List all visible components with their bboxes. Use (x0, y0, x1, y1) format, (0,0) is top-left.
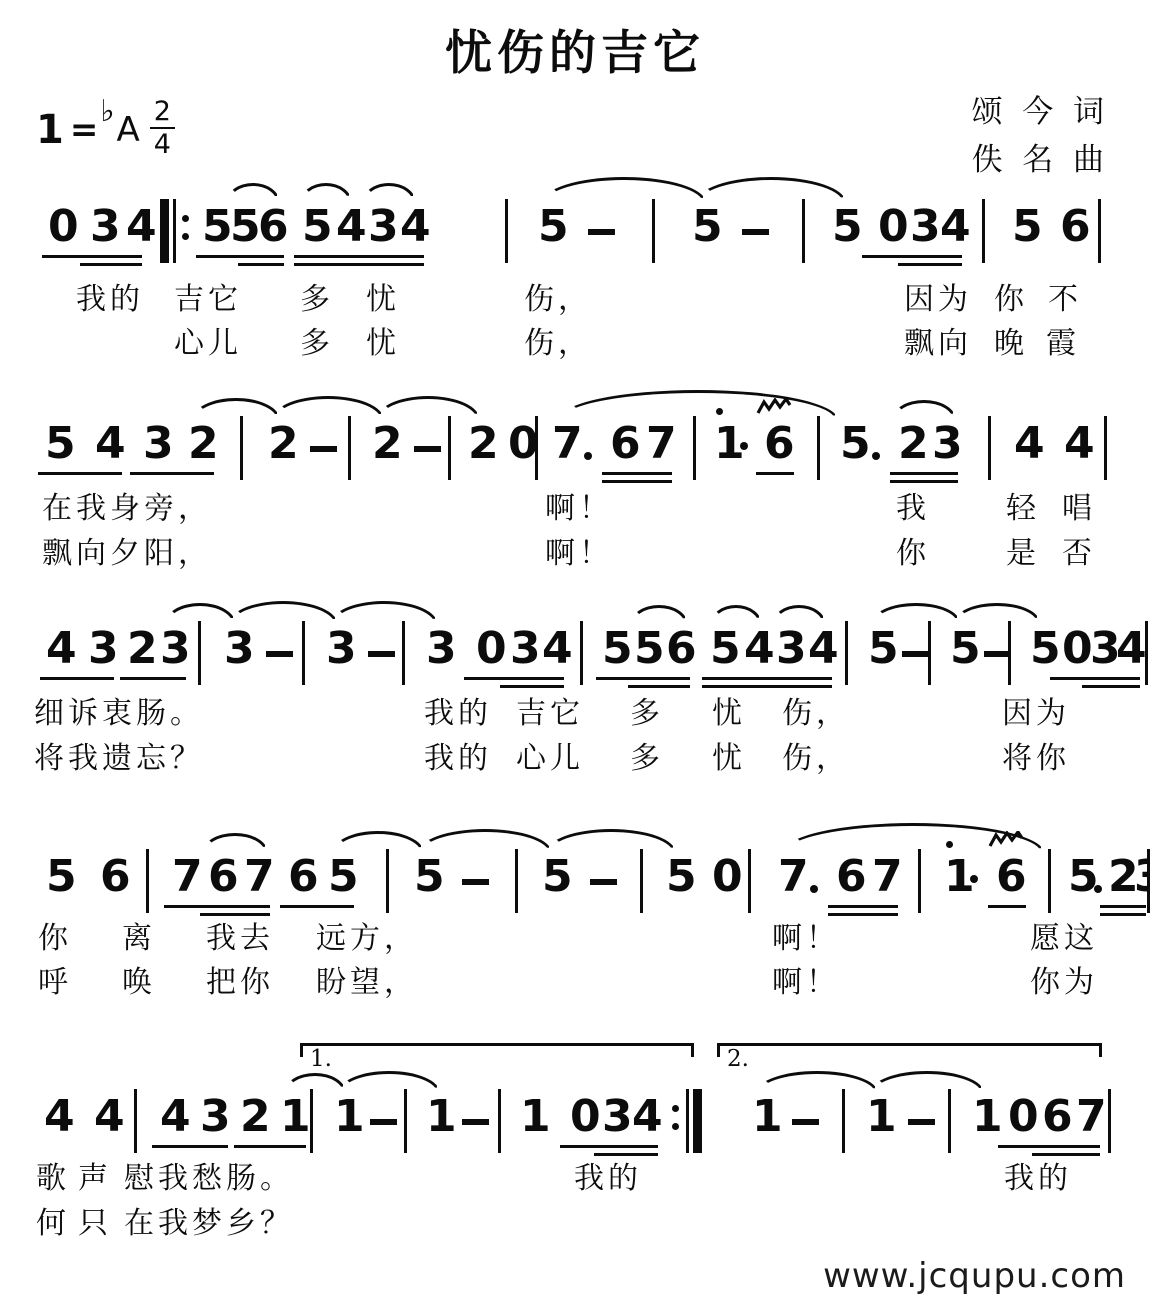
barline (842, 1089, 845, 1153)
note-digit: 3 (88, 627, 118, 671)
augmentation-dot (1094, 885, 1102, 893)
beam-underline (200, 913, 270, 916)
lyric-verse1: 我 (896, 492, 930, 525)
repeat-dot (672, 1105, 679, 1112)
lyric-verse1: 因为 (1002, 697, 1070, 730)
duration-dash (266, 651, 293, 657)
beam-underline (500, 685, 564, 688)
note-digit: 7 (172, 855, 202, 899)
note-digit: 7 (552, 422, 582, 466)
lyric-verse2: 只 (78, 1207, 112, 1240)
lyric-verse2: 忧 (712, 742, 746, 775)
barline (302, 621, 305, 685)
note-digit: 3 (426, 627, 456, 671)
note-digit: 5 (602, 627, 632, 671)
song-title: 忧伤的吉它 (0, 16, 1150, 83)
note-digit: 6 (258, 205, 288, 249)
lyric-verse2: 是 (1006, 537, 1040, 570)
music-system-3: 43233330345565434555034细诉衷肠。我的吉它多忧伤，因为将我… (0, 605, 1150, 825)
note-digit: 1 (866, 1095, 896, 1139)
lyric-verse2: 否 (1062, 537, 1096, 570)
note-digit: 5 (868, 627, 898, 671)
lyric-verse1: 愿这 (1030, 922, 1098, 955)
note-digit: 5 (666, 855, 696, 899)
repeat-dot (182, 215, 189, 222)
lyricist-credit: 颂 今 词 (972, 88, 1104, 136)
beam-underline (702, 685, 832, 688)
barline (580, 621, 583, 685)
repeat-end-barline (693, 1089, 702, 1153)
lyric-verse1: 忧 (712, 697, 746, 730)
slur-arc (782, 823, 1044, 853)
barline (1145, 621, 1148, 685)
note-digit: 3 (326, 627, 356, 671)
time-signature-denominator: 4 (150, 129, 175, 158)
lyric-verse1: 吉它 (174, 283, 242, 316)
lyric-verse1: 我的 (1004, 1162, 1072, 1195)
slur-arc (284, 1073, 346, 1093)
beam-underline (1100, 913, 1146, 916)
note-digit: 2 (188, 422, 218, 466)
lyric-verse1: 唱 (1062, 492, 1096, 525)
slur-arc (870, 1071, 984, 1093)
slur-arc (418, 829, 552, 853)
barline (310, 1089, 313, 1153)
beam-underline (80, 263, 142, 266)
duration-dash (588, 229, 615, 235)
note-digit: 3 (368, 205, 398, 249)
beam-underline (828, 913, 898, 916)
barline (198, 621, 201, 685)
composer-credit: 佚 名 曲 (972, 136, 1104, 184)
slur-arc (892, 400, 956, 420)
note-digit: 3 (602, 1095, 632, 1139)
augmentation-dot (584, 452, 592, 460)
duration-dash (370, 1119, 397, 1125)
note-digit: 4 (94, 1095, 124, 1139)
barline (134, 1089, 137, 1153)
slur-arc (546, 829, 676, 853)
barline (515, 849, 518, 913)
lyric-verse2: 把你 (206, 966, 274, 999)
music-system-1: 034556543455503456我的吉它多忧伤，因为你不心儿多忧伤，飘向晚霞 (0, 183, 1150, 403)
key-signature: 1=♭A24 (36, 100, 175, 170)
barline (817, 416, 820, 480)
repeat-start-barline (160, 199, 169, 263)
note-digit: 4 (336, 205, 366, 249)
barline (918, 849, 921, 913)
note-digit: 5 (634, 627, 664, 671)
note-digit: 5 (230, 205, 260, 249)
key-tonic: 1 (36, 107, 64, 153)
lyric-verse1: 离 (122, 922, 156, 955)
slur-arc (330, 601, 438, 625)
beam-underline (1082, 685, 1140, 688)
note-digit: 2 (240, 1095, 270, 1139)
note-digit: 1 (972, 1095, 1002, 1139)
slur-arc (228, 601, 338, 625)
lyric-verse1: 远方， (316, 922, 418, 955)
lyric-verse1: 轻 (1006, 492, 1040, 525)
beam-underline (602, 472, 672, 475)
slur-arc (710, 605, 762, 625)
slur-arc (272, 396, 384, 420)
volta-bracket-1: 1. (300, 1043, 694, 1057)
lyric-verse1: 慰我愁肠。 (124, 1162, 294, 1195)
note-digit: 1 (280, 1095, 310, 1139)
note-digit: 2 (268, 422, 298, 466)
beam-underline (628, 685, 690, 688)
lyric-verse2: 心儿 (174, 327, 242, 360)
note-digit: 4 (940, 205, 970, 249)
slur-arc (696, 177, 846, 203)
lyric-verse2: 霞 (1046, 327, 1080, 360)
note-digit: 7 (244, 855, 274, 899)
repeat-dot (182, 233, 189, 240)
note-digit: 7 (1076, 1095, 1106, 1139)
note-digit: 4 (744, 627, 774, 671)
slur-arc (300, 183, 352, 203)
augmentation-dot (810, 885, 818, 893)
beam-underline (596, 677, 690, 680)
slur-arc (954, 603, 1040, 623)
note-digit: 4 (400, 205, 430, 249)
lyric-verse1: 我的 (76, 283, 144, 316)
lyric-verse1: 我的 (574, 1162, 642, 1195)
lyric-verse2: 飘向夕阳， (42, 537, 212, 570)
beam-underline (294, 255, 424, 258)
beam-underline (988, 905, 1026, 908)
rest-note: 0 (476, 627, 506, 671)
note-digit: 3 (224, 627, 254, 671)
lyric-verse1: 歌 (36, 1162, 70, 1195)
lyric-verse2: 何 (36, 1207, 70, 1240)
repeat-dot (672, 1123, 679, 1130)
note-digit: 5 (542, 855, 572, 899)
note-digit: 5 (692, 205, 722, 249)
beam-underline (152, 1145, 228, 1148)
augmentation-dot (740, 442, 748, 450)
lyric-verse2: 伤， (782, 742, 850, 775)
barline (748, 849, 751, 913)
credits: 颂 今 词 佚 名 曲 (972, 88, 1104, 184)
beam-underline (464, 677, 564, 680)
lyric-verse2: 晚 (994, 327, 1028, 360)
duration-dash (310, 446, 337, 452)
lyric-verse2: 飘向 (904, 327, 972, 360)
slur-arc (542, 177, 706, 203)
lyric-verse1: 多 (300, 283, 334, 316)
note-digit: 5 (840, 422, 870, 466)
volta-label: 2. (727, 1046, 749, 1072)
note-digit: 3 (160, 627, 190, 671)
beam-underline (234, 1145, 306, 1148)
volta-bracket-2: 2. (717, 1043, 1102, 1057)
duration-dash (742, 229, 769, 235)
duration-dash (792, 1119, 819, 1125)
key-letter: A (117, 110, 140, 150)
lyric-verse2: 你为 (1030, 966, 1098, 999)
note-digit: 4 (95, 422, 125, 466)
note-digit: 4 (1064, 422, 1094, 466)
note-digit: 6 (610, 422, 640, 466)
sheet-music-page: 忧伤的吉它 1=♭A24 颂 今 词 佚 名 曲 034556543455503… (0, 0, 1150, 1312)
beam-underline (1050, 677, 1140, 680)
beam-underline (40, 677, 114, 680)
note-digit: 6 (208, 855, 238, 899)
beam-underline (998, 1145, 1100, 1148)
barline (535, 416, 538, 480)
lyric-verse1: 不 (1048, 283, 1082, 316)
beam-underline (594, 1153, 658, 1156)
lyric-verse2: 多 (630, 742, 664, 775)
note-digit: 5 (1030, 627, 1060, 671)
watermark-url: www.jcqupu.com (823, 1256, 1126, 1296)
lyric-verse1: 啊！ (772, 922, 840, 955)
barline (802, 199, 805, 263)
beam-underline (238, 263, 284, 266)
duration-dash (462, 879, 489, 885)
rest-note: 0 (712, 855, 742, 899)
lyric-verse1: 声 (78, 1162, 112, 1195)
note-digit: 6 (996, 855, 1026, 899)
key-equals: = (70, 110, 99, 150)
lyric-verse1: 伤， (782, 697, 850, 730)
note-digit: 3 (510, 627, 540, 671)
lyric-verse1: 在我身旁， (42, 492, 212, 525)
lyric-verse1: 细诉衷肠。 (34, 697, 204, 730)
lyric-verse1: 啊！ (545, 492, 613, 525)
beam-underline (280, 905, 354, 908)
lyric-verse1: 伤， (524, 283, 592, 316)
beam-underline (862, 255, 962, 258)
barline (386, 849, 389, 913)
repeat-end-barline (686, 1089, 689, 1153)
beam-underline (560, 1145, 658, 1148)
note-digit: 4 (1116, 627, 1146, 671)
rest-note: 0 (1008, 1095, 1038, 1139)
barline (505, 199, 508, 263)
note-digit: 6 (764, 422, 794, 466)
barline (404, 1089, 407, 1153)
lyric-verse1: 我的 (424, 697, 492, 730)
beam-underline (164, 905, 270, 908)
slur-arc (756, 1071, 878, 1093)
barline (988, 416, 991, 480)
rest-note: 0 (1062, 627, 1092, 671)
slur-arc (164, 603, 236, 625)
flat-sign-icon: ♭ (100, 94, 114, 129)
note-digit: 3 (910, 205, 940, 249)
note-digit: 4 (1014, 422, 1044, 466)
barline (982, 199, 985, 263)
beam-underline (42, 255, 142, 258)
note-digit: 2 (127, 627, 157, 671)
barline (348, 416, 351, 480)
barline (1104, 416, 1107, 480)
note-digit: 5 (538, 205, 568, 249)
duration-dash (368, 651, 395, 657)
duration-dash (908, 1119, 935, 1125)
note-digit: 5 (710, 627, 740, 671)
duration-dash (590, 879, 617, 885)
note-digit: 6 (288, 855, 318, 899)
slur-arc (202, 833, 268, 853)
note-digit: 3 (776, 627, 806, 671)
barline (146, 849, 149, 913)
beam-underline (1032, 1153, 1100, 1156)
slur-arc (226, 183, 280, 203)
slur-arc (338, 1071, 440, 1093)
note-digit: 3 (143, 422, 173, 466)
note-digit: 4 (126, 205, 156, 249)
note-digit: 5 (1012, 205, 1042, 249)
beam-underline (130, 472, 214, 475)
note-digit: 5 (1068, 855, 1098, 899)
note-digit: 6 (666, 627, 696, 671)
lyric-verse2: 你 (896, 537, 930, 570)
note-digit: 2 (372, 422, 402, 466)
lyric-verse1: 多 (630, 697, 664, 730)
barline (640, 849, 643, 913)
lyric-verse1: 你 (994, 283, 1028, 316)
barline (693, 416, 696, 480)
repeat-start-barline (173, 199, 176, 263)
augmentation-dot (970, 875, 978, 883)
time-signature-numerator: 2 (150, 98, 175, 129)
lyric-verse1: 你 (38, 922, 72, 955)
beam-underline (120, 677, 186, 680)
note-digit: 7 (778, 855, 808, 899)
note-digit: 4 (632, 1095, 662, 1139)
beam-underline (890, 472, 958, 475)
duration-dash (414, 446, 441, 452)
note-digit: 3 (200, 1095, 230, 1139)
note-digit: 4 (160, 1095, 190, 1139)
note-digit: 1 (426, 1095, 456, 1139)
slur-arc (872, 603, 960, 623)
barline (448, 416, 451, 480)
duration-dash (984, 651, 1011, 657)
lyric-verse2: 呼 (38, 966, 72, 999)
lyric-verse2: 将你 (1002, 742, 1070, 775)
note-digit: 4 (46, 627, 76, 671)
beam-underline (756, 472, 794, 475)
barline (1008, 621, 1011, 685)
lyric-verse2: 啊！ (772, 966, 840, 999)
lyric-verse2: 唤 (122, 966, 156, 999)
lyric-verse2: 我的 (424, 742, 492, 775)
lyric-verse1: 因为 (904, 283, 972, 316)
augmentation-dot (872, 452, 880, 460)
note-digit: 2 (898, 422, 928, 466)
note-digit: 4 (44, 1095, 74, 1139)
note-digit: 4 (808, 627, 838, 671)
beam-underline (38, 472, 122, 475)
note-digit: 5 (328, 855, 358, 899)
lyric-verse2: 将我遗忘？ (34, 742, 204, 775)
rest-note: 0 (878, 205, 908, 249)
note-digit: 5 (46, 855, 76, 899)
lyric-verse2: 啊！ (545, 537, 613, 570)
lyric-verse1: 我去 (206, 922, 274, 955)
note-digit: 1 (334, 1095, 364, 1139)
music-system-2: 543222207671652344在我身旁，啊！我轻唱飘向夕阳，啊！你是否 (0, 400, 1150, 620)
slur-arc (362, 183, 416, 203)
lyric-verse1: 忧 (366, 283, 400, 316)
slur-arc (376, 396, 480, 420)
note-digit: 3 (90, 205, 120, 249)
barline (240, 416, 243, 480)
duration-dash (462, 1119, 489, 1125)
rest-note: 0 (48, 205, 78, 249)
note-digit: 5 (202, 205, 232, 249)
lyric-verse2: 心儿 (516, 742, 584, 775)
lyric-verse2: 盼望， (316, 966, 418, 999)
barline (498, 1089, 501, 1153)
note-digit: 5 (950, 627, 980, 671)
rest-note: 0 (570, 1095, 600, 1139)
note-digit: 7 (646, 422, 676, 466)
time-signature: 24 (150, 98, 175, 158)
slur-arc (192, 398, 280, 420)
barline (928, 621, 931, 685)
note-digit: 6 (100, 855, 130, 899)
slur-arc (772, 605, 826, 625)
beam-underline (890, 480, 958, 483)
music-system-4: 5676765555076716523你离我去远方，啊！愿这呼唤把你盼望，啊！你… (0, 833, 1150, 1053)
barline (845, 621, 848, 685)
slur-arc (332, 831, 424, 853)
barline (402, 621, 405, 685)
note-digit: 5 (832, 205, 862, 249)
note-digit: 6 (1042, 1095, 1072, 1139)
note-digit: 6 (1060, 205, 1090, 249)
note-digit: 6 (836, 855, 866, 899)
beam-underline (294, 263, 424, 266)
lyric-verse2: 伤， (524, 327, 592, 360)
beam-underline (1100, 905, 1146, 908)
barline (948, 1089, 951, 1153)
lyric-verse2: 忧 (366, 327, 400, 360)
note-digit: 5 (45, 422, 75, 466)
note-digit: 5 (302, 205, 332, 249)
rest-note: 0 (508, 422, 538, 466)
lyric-verse1: 吉它 (516, 697, 584, 730)
note-digit: 3 (932, 422, 962, 466)
note-digit: 5 (414, 855, 444, 899)
slur-arc (630, 605, 688, 625)
note-digit: 4 (542, 627, 572, 671)
lyric-verse2: 在我梦乡？ (124, 1207, 294, 1240)
beam-underline (602, 480, 672, 483)
barline (652, 199, 655, 263)
barline (1108, 1089, 1111, 1153)
barline (1048, 849, 1051, 913)
duration-dash (902, 651, 929, 657)
lyric-verse2: 多 (300, 327, 334, 360)
barline (1098, 199, 1101, 263)
beam-underline (898, 263, 962, 266)
note-digit: 7 (872, 855, 902, 899)
note-digit: 1 (520, 1095, 550, 1139)
beam-underline (196, 255, 284, 258)
beam-underline (828, 905, 898, 908)
note-digit: 1 (752, 1095, 782, 1139)
note-digit: 2 (468, 422, 498, 466)
volta-label: 1. (310, 1046, 332, 1072)
beam-underline (702, 677, 832, 680)
